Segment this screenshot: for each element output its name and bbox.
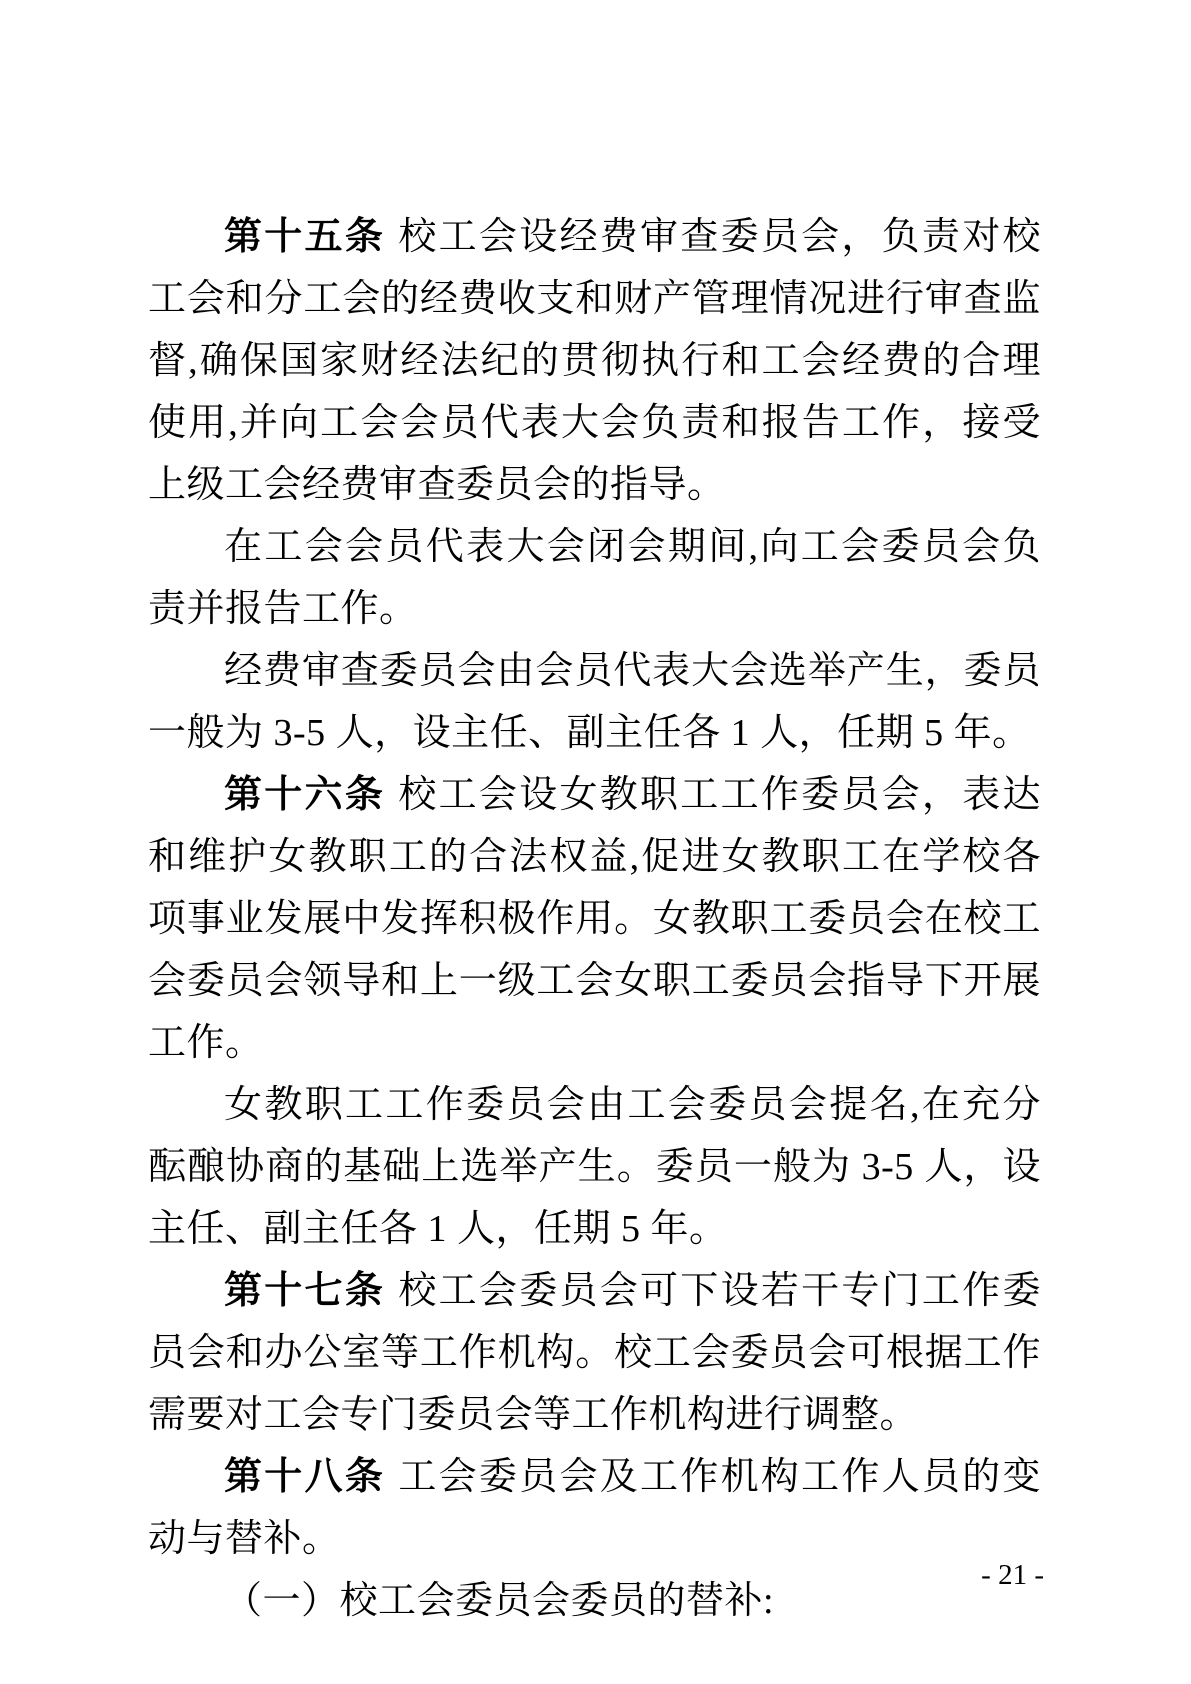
paragraph: 第十八条工会委员会及工作机构工作人员的变动与替补。 xyxy=(148,1446,1041,1570)
paragraph: 第十七条校工会委员会可下设若干专门工作委员会和办公室等工作机构。校工会委员会可根… xyxy=(148,1260,1041,1446)
article-heading: 第十六条 xyxy=(224,774,385,816)
paragraph: 在工会会员代表大会闭会期间,向工会委员会负责并报告工作。 xyxy=(148,516,1041,640)
paragraph-text: 经费审查委员会由会员代表大会选举产生，委员一般为 3-5 人，设主任、副主任各 … xyxy=(148,650,1041,754)
page-number: - 21 - xyxy=(981,1558,1044,1592)
paragraph-text: 校工会设经费审查委员会，负责对校工会和分工会的经费收支和财产管理情况进行审查监督… xyxy=(148,216,1041,506)
article-heading: 第十七条 xyxy=(224,1270,385,1312)
paragraph: 女教职工工作委员会由工会委员会提名,在充分酝酿协商的基础上选举产生。委员一般为 … xyxy=(148,1074,1041,1260)
article-heading: 第十八条 xyxy=(224,1456,385,1498)
paragraph-text: 女教职工工作委员会由工会委员会提名,在充分酝酿协商的基础上选举产生。委员一般为 … xyxy=(148,1084,1041,1250)
paragraph: 经费审查委员会由会员代表大会选举产生，委员一般为 3-5 人，设主任、副主任各 … xyxy=(148,640,1041,764)
paragraph: （一）校工会委员会委员的替补: xyxy=(148,1570,1041,1632)
document-page: 第十五条校工会设经费审查委员会，负责对校工会和分工会的经费收支和财产管理情况进行… xyxy=(0,0,1191,1684)
paragraph: 第十六条校工会设女教职工工作委员会，表达和维护女教职工的合法权益,促进女教职工在… xyxy=(148,764,1041,1074)
document-body: 第十五条校工会设经费审查委员会，负责对校工会和分工会的经费收支和财产管理情况进行… xyxy=(148,206,1041,1632)
paragraph-text: （一）校工会委员会委员的替补: xyxy=(224,1580,774,1622)
paragraph-text: 校工会设女教职工工作委员会，表达和维护女教职工的合法权益,促进女教职工在学校各项… xyxy=(148,774,1041,1064)
article-heading: 第十五条 xyxy=(224,216,385,258)
paragraph: 第十五条校工会设经费审查委员会，负责对校工会和分工会的经费收支和财产管理情况进行… xyxy=(148,206,1041,516)
paragraph-text: 在工会会员代表大会闭会期间,向工会委员会负责并报告工作。 xyxy=(148,526,1041,630)
